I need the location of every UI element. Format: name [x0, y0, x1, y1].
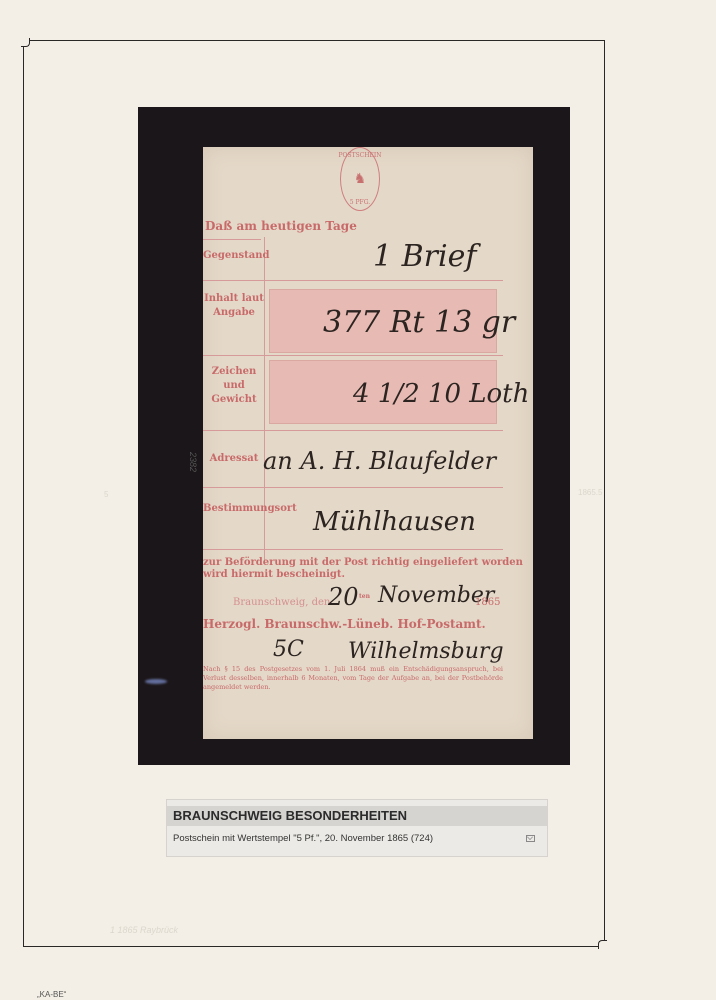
label-gegenstand: Gegenstand [203, 249, 265, 263]
stamp-top-text: POSTSCHEIN [339, 152, 382, 159]
form-heading: Daß am heutigen Tage [205, 219, 357, 233]
envelope-icon [526, 835, 535, 842]
value-stamp-oval: POSTSCHEIN ♞ 5 PFG. [340, 147, 380, 211]
handwritten-date-day: 20 [328, 583, 359, 611]
horse-emblem-icon: ♞ [354, 172, 367, 186]
handwritten-item: 1 Brief [373, 239, 476, 274]
rule-line [203, 430, 503, 431]
rule-line [203, 355, 503, 356]
date-year: 1865 [475, 597, 500, 608]
rule-line [203, 239, 261, 240]
rule-line [203, 549, 503, 550]
caption-description: Postschein mit Wertstempel "5 Pf.", 20. … [173, 833, 433, 844]
label-zeichen: Zeichen und Gewicht [203, 365, 265, 407]
rule-line [203, 280, 503, 281]
handwritten-initials: 5C [273, 637, 304, 662]
handwritten-weight: 4 1/2 10 Loth [353, 379, 529, 409]
caption-card: BRAUNSCHWEIG BESONDERHEITEN Postschein m… [166, 799, 548, 857]
handwritten-contents: 377 Rt 13 gr [323, 305, 515, 340]
handwritten-signature: Wilhelmsburg [348, 639, 504, 664]
faint-margin-note-right: 1865.5 [578, 488, 602, 497]
certification-line-1: zur Beförderung mit der Post richtig ein… [203, 557, 523, 568]
border-corner-ornament [598, 940, 607, 949]
album-footer-label: „KA-BE“ [37, 990, 66, 999]
post-office-name: Herzogl. Braunschw.-Lüneb. Hof-Postamt. [203, 617, 486, 631]
caption-title: BRAUNSCHWEIG BESONDERHEITEN [167, 806, 547, 826]
pencil-number: 2382 [188, 452, 198, 472]
faint-margin-note-left: 5 [104, 490, 108, 499]
label-bestimmungsort: Bestimmungsort [203, 502, 265, 516]
stamp-value-text: 5 PFG. [350, 199, 370, 206]
mount-reflection [145, 679, 167, 684]
border-corner-ornament [21, 38, 30, 47]
handwritten-addressee: an A. H. Blaufelder [263, 447, 496, 475]
label-adressat: Adressat [203, 452, 265, 466]
postschein-document: POSTSCHEIN ♞ 5 PFG. Daß am heutigen Tage… [203, 147, 533, 739]
certification-line-2: wird hiermit bescheinigt. [203, 569, 345, 580]
legal-small-print: Nach § 15 des Postgesetzes vom 1. Juli 1… [203, 665, 503, 692]
date-day-suffix: ten [359, 593, 370, 600]
rule-line [203, 487, 503, 488]
handwritten-destination: Mühlhausen [313, 507, 476, 537]
place-date-printed: Braunschweig, den [233, 597, 330, 608]
label-inhalt: Inhalt laut Angabe [203, 292, 265, 320]
faint-pencil-note: 1 1865 Raybrück [110, 925, 178, 935]
